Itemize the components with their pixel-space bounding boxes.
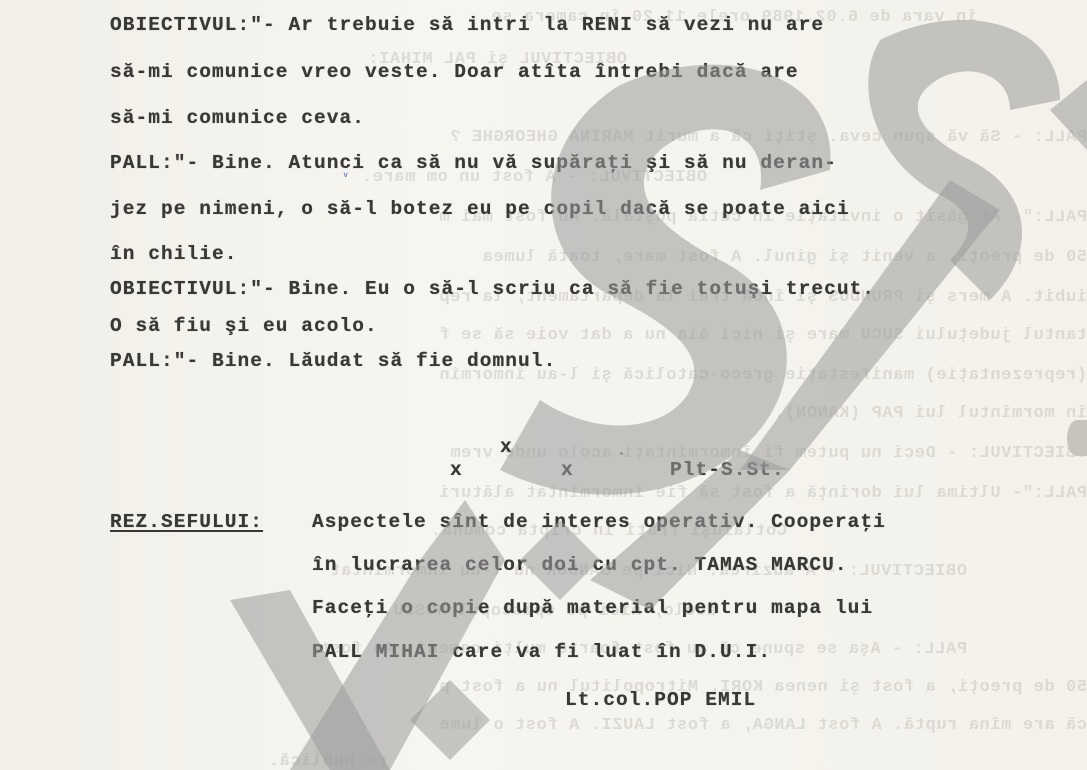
signature-code: Plt-S.St.	[670, 459, 785, 481]
bleed-line: 50 de preoţi, a venit şi ginul. A fost m…	[482, 248, 1087, 267]
resolution-line: PALL MIHAI care va fi luat în D.U.I.	[312, 641, 771, 663]
separator-mark-left: x	[450, 459, 463, 481]
resolution-line: Faceţi o copie după material pentru mapa…	[312, 597, 873, 619]
dialogue-line: să-mi comunice vreo veste. Doar atîta în…	[110, 61, 799, 83]
bleed-line: tantul judeţului SUCU mare şi nici ăia n…	[439, 326, 1087, 345]
page-edge-mark	[1067, 420, 1087, 456]
dialogue-line: în chilie.	[110, 243, 238, 265]
bleed-line: PALL: - Să vă spun ceva. ştiţi că a muri…	[450, 128, 1087, 147]
bleed-line: în mormîntul lui PAP (KANON).	[774, 404, 1087, 423]
resolution-line: în lucrarea celor doi cu cpt. TAMAS MARC…	[312, 554, 848, 576]
resolution-line: Aspectele sînt de interes operativ. Coop…	[312, 511, 886, 533]
dialogue-line: OBIECTIVUL:"- Ar trebuie să intri la REN…	[110, 14, 824, 36]
officer-signature: Lt.col.POP EMIL	[565, 689, 756, 711]
bleed-line: că are mîna ruptă. A fost LANGA, a fost …	[439, 716, 1087, 735]
scanned-page: în vara de 6.02.1989 orele 11.20 în came…	[0, 0, 1087, 770]
dialogue-line: PALL:"- Bine. Atunci ca să nu vă supăraţ…	[110, 152, 837, 174]
dialogue-line: OBIECTIVUL:"- Bine. Eu o să-l scriu ca s…	[110, 278, 875, 300]
bleed-line: PALL:"- Ultima lui dorinţă a fost să fie…	[439, 484, 1087, 503]
dialogue-line: să-mi comunice ceva.	[110, 107, 365, 129]
bleed-line: 50 de preoţi, a fost şi nenea KORI. Mitr…	[439, 678, 1087, 697]
bleed-line: re publică.	[268, 752, 387, 770]
separator-mark-top: x	[500, 436, 513, 458]
separator-mark-middle: x	[561, 459, 574, 481]
dialogue-line: jez pe nimeni, o să-l botez eu pe copil …	[110, 198, 850, 220]
dialogue-line: O să fiu şi eu acolo.	[110, 315, 378, 337]
handwritten-ink-mark: ᵛ	[342, 170, 349, 184]
resolution-label: REZ.SEFULUI:	[110, 511, 263, 533]
dialogue-line: PALL:"- Bine. Lăudat să fie domnul.	[110, 350, 556, 372]
paper-speck	[620, 452, 623, 455]
